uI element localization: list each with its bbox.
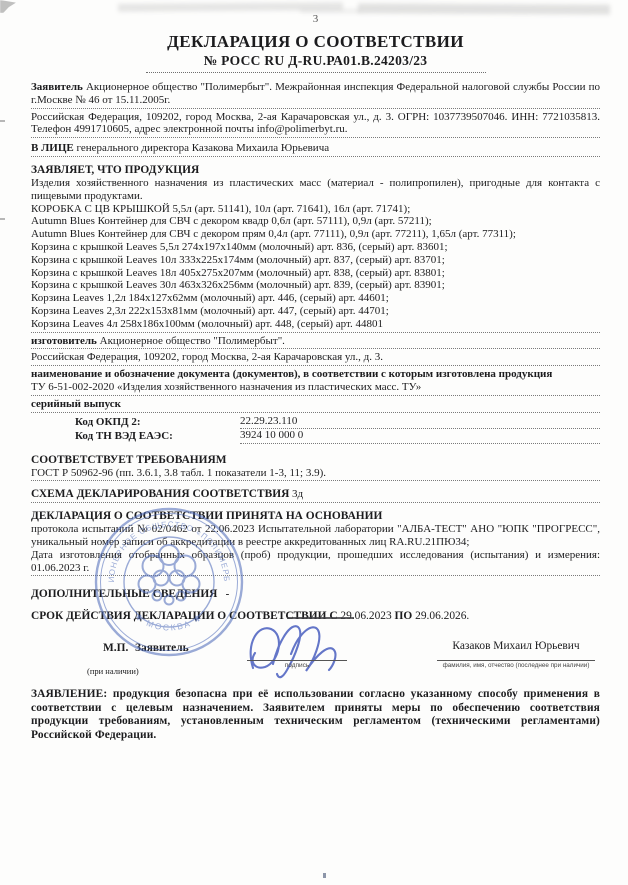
statement-paragraph: ЗАЯВЛЕНИЕ: продукция безопасна при её ис…: [31, 688, 600, 742]
additional-line: ДОПОЛНИТЕЛЬНЫЕ СВЕДЕНИЯ -: [31, 588, 600, 601]
code-tnved-value: 3924 10 000 0: [240, 429, 600, 444]
page-number: 3: [31, 13, 600, 25]
product-line: Корзина с крышкой Leaves 5,5л 274х197х14…: [31, 241, 600, 254]
signature-line: [247, 660, 347, 661]
code-okpd-label: Код ОКПД 2:: [75, 416, 240, 430]
declares-heading: ЗАЯВЛЯЕТ, ЧТО ПРОДУКЦИЯ: [31, 164, 600, 177]
accepted-date-line: Дата изготовления отобранных образцов (п…: [31, 549, 600, 577]
in-person-paragraph: В ЛИЦЕ генерального директора Казакова М…: [31, 142, 600, 157]
signee-name: Казаков Михаил Юрьевич: [437, 640, 595, 652]
in-person-value: генерального директора Казакова Михаила …: [76, 142, 329, 154]
validity-date-to: 29.06.2026.: [415, 610, 469, 622]
applicant-value: Акционерное общество "Полимербыт". Межра…: [31, 81, 600, 106]
code-tnved-label: Код ТН ВЭД ЕАЭС:: [75, 430, 240, 444]
validity-po: ПО: [395, 610, 413, 622]
manufacturer-address: Российская Федерация, 109202, город Моск…: [31, 351, 600, 366]
product-line: Autumn Blues Контейнер для СВЧ с декором…: [31, 228, 600, 241]
in-person-label: В ЛИЦЕ: [31, 142, 74, 154]
manufacturer-label: изготовитель: [31, 335, 97, 347]
manufacturer-paragraph: изготовитель Акционерное общество "Полим…: [31, 335, 600, 350]
additional-value: -: [226, 588, 230, 600]
product-line: Корзина с крышкой Leaves 10л 333х225х174…: [31, 254, 600, 267]
applicant-sign-label: Заявитель: [135, 642, 189, 654]
product-list: Изделия хозяйственного назначения из пла…: [31, 177, 600, 333]
signature-scribble-icon: [239, 620, 355, 686]
applicant-paragraph: Заявитель Акционерное общество "Полимерб…: [31, 81, 600, 109]
conforms-heading: СООТВЕТСТВУЕТ ТРЕБОВАНИЯМ: [31, 454, 600, 467]
product-line: Корзина Leaves 2,3л 222х153х81мм (молочн…: [31, 305, 600, 318]
applicant-address: Российская Федерация, 109202, город Моск…: [31, 111, 600, 139]
document-header: ДЕКЛАРАЦИЯ О СООТВЕТСТВИИ № РОСС RU Д-RU…: [146, 32, 486, 73]
scheme-line: СХЕМА ДЕКЛАРИРОВАНИЯ СООТВЕТСТВИЯ 3д: [31, 488, 600, 503]
applicant-label: Заявитель: [31, 81, 83, 93]
document-number: № РОСС RU Д-RU.РА01.В.24203/23: [146, 52, 486, 69]
product-line: Корзина Leaves 1,2л 184х127х62мм (молочн…: [31, 292, 600, 305]
document-title: ДЕКЛАРАЦИЯ О СООТВЕТСТВИИ: [146, 32, 486, 52]
name-caption: фамилия, имя, отчество (последнее при на…: [427, 662, 605, 669]
scan-strike-artifact: [287, 617, 354, 618]
mp-label: М.П.: [103, 642, 128, 654]
scheme-heading: СХЕМА ДЕКЛАРИРОВАНИЯ СООТВЕТСТВИЯ: [31, 488, 289, 500]
serial-label: серийный выпуск: [31, 398, 600, 413]
document-sheet: 3 ДЕКЛАРАЦИЯ О СООТВЕТСТВИИ № РОСС RU Д-…: [0, 0, 628, 885]
product-line: Корзина Leaves 4л 258х186х100мм (молочны…: [31, 318, 600, 331]
manufacturer-name: Акционерное общество "Полимербыт".: [100, 335, 285, 347]
basis-doc-label: наименование и обозначение документа (до…: [31, 368, 600, 381]
product-line: Корзина с крышкой Leaves 18л 405х275х207…: [31, 267, 600, 280]
scheme-value: 3д: [292, 488, 303, 500]
accepted-protocol: протокола испытаний № 02/0462 от 22.06.2…: [31, 523, 600, 549]
product-line: КОРОБКА С ЦВ КРЫШКОЙ 5,5л (арт. 51141), …: [31, 203, 600, 216]
name-line: [437, 660, 595, 661]
signature-section: М.П. Заявитель подпись Казаков Михаил Юр…: [31, 630, 600, 684]
additional-heading: ДОПОЛНИТЕЛЬНЫЕ СВЕДЕНИЯ: [31, 588, 217, 600]
accepted-heading: ДЕКЛАРАЦИЯ О СООТВЕТСТВИИ ПРИНЯТА НА ОСН…: [31, 510, 600, 523]
conforms-value: ГОСТ Р 50962-96 (пп. 3.6.1, 3.8 табл. 1 …: [31, 467, 600, 482]
code-row-okpd: Код ОКПД 2: 22.29.23.110: [31, 415, 600, 430]
product-line: Корзина с крышкой Leaves 30л 463х326х256…: [31, 279, 600, 292]
scanned-declaration-page: { "page": { "number": "3" }, "header": {…: [0, 0, 628, 885]
product-description: Изделия хозяйственного назначения из пла…: [31, 177, 600, 203]
code-row-tnved: Код ТН ВЭД ЕАЭС: 3924 10 000 0: [31, 429, 600, 444]
code-okpd-value: 22.29.23.110: [240, 415, 600, 430]
signature-caption: подпись: [247, 662, 347, 669]
if-present-note: (при наличии): [87, 666, 139, 676]
product-line: Autumn Blues Контейнер для СВЧ с декором…: [31, 215, 600, 228]
basis-doc-value: ТУ 6-51-002-2020 «Изделия хозяйственного…: [31, 381, 600, 396]
